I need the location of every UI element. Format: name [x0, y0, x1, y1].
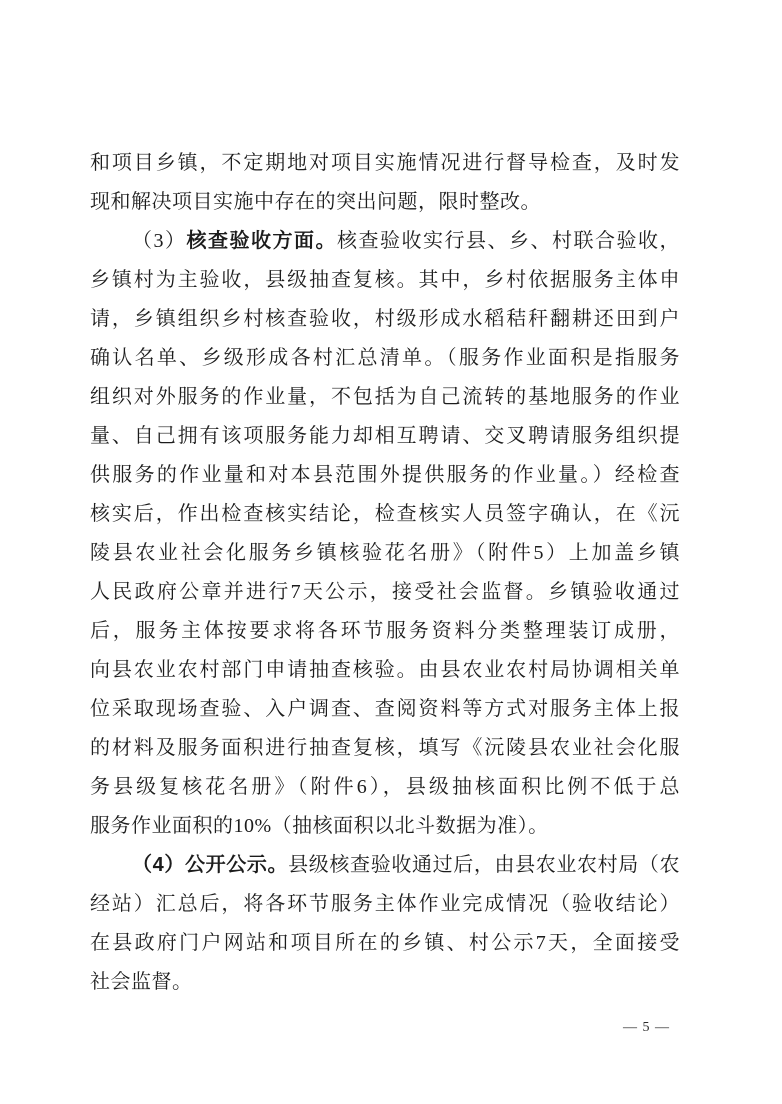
body-text: 核实后，作出检查核实结论，检查核实人员签字确认，在《沅 — [90, 503, 680, 525]
text-line: 经站）汇总后，将各环节服务主体作业完成情况（验收结论） — [90, 885, 680, 924]
body-text: 人民政府公章并进行7天公示，接受社会监督。乡镇验收通过 — [90, 581, 680, 603]
body-text: 务县级复核花名册》（附件6），县级抽核面积比例不低于总 — [90, 776, 680, 798]
text-line: （4）公开公示。县级核查验收通过后，由县农业农村局（农 — [90, 846, 680, 885]
text-line: 确认名单、乡级形成各村汇总清单。（服务作业面积是指服务 — [90, 339, 680, 378]
body-text: 向县农业农村部门申请抽查核验。由县农业农村局协调相关单 — [90, 659, 680, 681]
body-text: 现和解决项目实施中存在的突出问题，限时整改。 — [90, 191, 541, 213]
body-text: 县级核查验收通过后，由县农业农村局（农 — [288, 854, 680, 876]
document-page: 和项目乡镇，不定期地对项目实施情况进行督导检查，及时发现和解决项目实施中存在的突… — [0, 0, 782, 1104]
text-line: 服务作业面积的10%（抽核面积以北斗数据为准）。 — [90, 807, 680, 846]
text-line: 务县级复核花名册》（附件6），县级抽核面积比例不低于总 — [90, 768, 680, 807]
text-line: 和项目乡镇，不定期地对项目实施情况进行督导检查，及时发 — [90, 144, 680, 183]
body-text: 经站）汇总后，将各环节服务主体作业完成情况（验收结论） — [90, 893, 680, 915]
text-line: 社会监督。 — [90, 963, 680, 1002]
text-line: 量、自己拥有该项服务能力却相互聘请、交叉聘请服务组织提 — [90, 417, 680, 456]
body-text: 位采取现场查验、入户调查、查阅资料等方式对服务主体上报 — [90, 698, 680, 720]
text-block: 和项目乡镇，不定期地对项目实施情况进行督导检查，及时发现和解决项目实施中存在的突… — [90, 144, 680, 1002]
bold-heading-text: （4）公开公示。 — [132, 854, 288, 876]
body-text: 陵县农业社会化服务乡镇核验花名册》（附件5）上加盖乡镇 — [90, 542, 680, 564]
text-line: 供服务的作业量和对本县范围外提供服务的作业量。）经检查 — [90, 456, 680, 495]
page-number: — 5 — — [623, 1020, 670, 1036]
text-line: 陵县农业社会化服务乡镇核验花名册》（附件5）上加盖乡镇 — [90, 534, 680, 573]
body-text: 供服务的作业量和对本县范围外提供服务的作业量。）经检查 — [90, 464, 680, 486]
body-text: 乡镇村为主验收，县级抽查复核。其中，乡村依据服务主体申 — [90, 269, 680, 291]
body-text: 后，服务主体按要求将各环节服务资料分类整理装订成册， — [90, 620, 680, 642]
text-line: 的材料及服务面积进行抽查复核，填写《沅陵县农业社会化服 — [90, 729, 680, 768]
body-text: 社会监督。 — [90, 971, 193, 993]
body-text: 确认名单、乡级形成各村汇总清单。（服务作业面积是指服务 — [90, 347, 680, 369]
body-text: 的材料及服务面积进行抽查复核，填写《沅陵县农业社会化服 — [90, 737, 680, 759]
body-text: 量、自己拥有该项服务能力却相互聘请、交叉聘请服务组织提 — [90, 425, 680, 447]
body-text: 请，乡镇组织乡村核查验收，村级形成水稻秸秆翻耕还田到户 — [90, 308, 680, 330]
body-text: 组织对外服务的作业量，不包括为自己流转的基地服务的作业 — [90, 386, 680, 408]
text-line: 现和解决项目实施中存在的突出问题，限时整改。 — [90, 183, 680, 222]
body-text: 和项目乡镇，不定期地对项目实施情况进行督导检查，及时发 — [90, 152, 680, 174]
text-line: 核实后，作出检查核实结论，检查核实人员签字确认，在《沅 — [90, 495, 680, 534]
body-text: 在县政府门户网站和项目所在的乡镇、村公示7天，全面接受 — [90, 932, 680, 954]
body-text: 服务作业面积的10%（抽核面积以北斗数据为准）。 — [90, 815, 549, 837]
text-line: 向县农业农村部门申请抽查核验。由县农业农村局协调相关单 — [90, 651, 680, 690]
text-line: 位采取现场查验、入户调查、查阅资料等方式对服务主体上报 — [90, 690, 680, 729]
text-line: 组织对外服务的作业量，不包括为自己流转的基地服务的作业 — [90, 378, 680, 417]
text-line: 在县政府门户网站和项目所在的乡镇、村公示7天，全面接受 — [90, 924, 680, 963]
text-line: 后，服务主体按要求将各环节服务资料分类整理装订成册， — [90, 612, 680, 651]
text-line: 乡镇村为主验收，县级抽查复核。其中，乡村依据服务主体申 — [90, 261, 680, 300]
bold-heading-text: 核查验收方面。 — [187, 230, 338, 252]
text-line: 请，乡镇组织乡村核查验收，村级形成水稻秸秆翻耕还田到户 — [90, 300, 680, 339]
body-text: 核查验收实行县、乡、村联合验收， — [337, 230, 680, 252]
text-line: （3）核查验收方面。核查验收实行县、乡、村联合验收， — [90, 222, 680, 261]
body-text: （3） — [132, 230, 187, 252]
text-line: 人民政府公章并进行7天公示，接受社会监督。乡镇验收通过 — [90, 573, 680, 612]
